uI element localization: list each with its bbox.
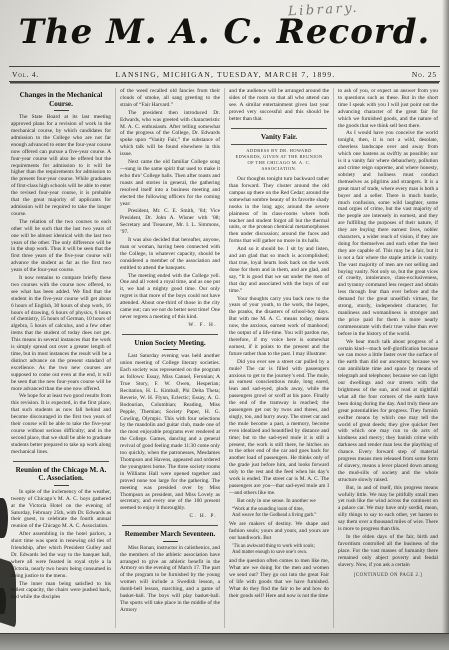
column-4: to ask of you, or expect an answer from …: [333, 88, 442, 628]
article-paragraph: But only in one sense. In another we: [229, 498, 329, 505]
article-paragraph: Your thoughts carry you back now to the …: [229, 296, 329, 358]
article-paragraph: In the olden days of the fair, birth and…: [338, 534, 438, 569]
verse-quote: ’Tis an awkward thing to work with souls…: [232, 544, 329, 556]
article-paragraph: We hear much talk about progress of a ce…: [338, 339, 438, 484]
continued-note: [CONTINUED ON PAGE 2.]: [338, 573, 438, 580]
article-paragraph: to ask of you, or expect an answer from …: [338, 88, 438, 129]
article-paragraph: But, in and of itself, this progress mea…: [338, 485, 438, 533]
heading-divider: [163, 349, 178, 350]
dateline-text: LANSING, MICHIGAN, TUESDAY, MARCH 7, 189…: [116, 70, 336, 79]
article-paragraph: The meeting ended with the College yell.…: [120, 273, 220, 321]
article-paragraph: and the question often comes to men like…: [229, 558, 329, 599]
article-paragraph: Did you ever see a street car pulled by …: [229, 359, 329, 497]
article-paragraph: The president then introduced Dr. Edward…: [120, 110, 220, 158]
dateline-bar: Vol. 4. LANSING, MICHIGAN, TUESDAY, MARC…: [9, 66, 440, 82]
article-paragraph: As I would have you conceive the world t…: [338, 130, 438, 337]
heading-divider: [54, 485, 69, 486]
heading-divider: [163, 541, 178, 542]
article-paragraph: Our thoughts tonight turn backward rathe…: [229, 176, 329, 245]
article-paragraph: We hope for at least two good results fr…: [11, 393, 111, 455]
volume-label: Vol. 4.: [12, 70, 39, 79]
scan-corner-shadow: [0, 556, 16, 627]
newspaper-page: Library. The M. A. C. Record. Vol. 4. LA…: [0, 0, 449, 634]
article-paragraph: Last Saturday evening was held another u…: [120, 353, 220, 512]
column-3: and the audience will be arranged around…: [224, 88, 333, 628]
newspaper-title: The M. A. C. Record.: [0, 12, 449, 52]
article-paragraph: The inner man being satisfied to his ful…: [11, 581, 111, 602]
article-subcaption: ADDRESS BY DR. HOWARD EDWARDS, GIVEN AT …: [234, 148, 324, 172]
article-paragraph: and the audience will be arranged around…: [229, 88, 329, 123]
article-paragraph: The relation of the two courses to each …: [11, 219, 111, 274]
article-heading: Vanity Fair.: [231, 128, 327, 146]
author-initials: C. H. P.: [120, 513, 217, 520]
article-paragraph: We are makers of destiny. We shape and f…: [229, 521, 329, 542]
verse-quote: “Work at the sounding loom of time, And …: [232, 507, 329, 519]
article-paragraph: In spite of the inclemency of the weathe…: [11, 489, 111, 530]
columns: Changes in the Mechanical Course.The Sta…: [7, 88, 442, 628]
column-1: Changes in the Mechanical Course.The Sta…: [7, 88, 115, 628]
issue-number-label: No. 25: [412, 70, 437, 79]
article-heading: Union Society Meeting.: [122, 334, 218, 348]
article-heading: Changes in the Mechanical Course.: [13, 91, 109, 108]
article-paragraph: President, Mr. C. E. Smith, ’84; Vice Pr…: [120, 208, 220, 236]
article-paragraph: After assembling in the hotel parlors, a…: [11, 531, 111, 579]
article-heading: Remember March Seventeen.: [122, 525, 218, 539]
scan-bed-strip: [0, 633, 449, 650]
article-paragraph: And so it should be. I sit by and listen…: [229, 246, 329, 294]
scan-right-shadow: [442, 0, 449, 634]
heading-divider: [54, 110, 69, 111]
column-2: of the weed recalled old fancies from th…: [115, 88, 224, 628]
article-paragraph: Next came the old familiar College song—…: [120, 159, 220, 207]
article-heading: Reunion of the Chicago M. A. C. Associat…: [13, 461, 109, 483]
article-paragraph: The State Board at its last meeting appr…: [11, 114, 111, 218]
article-paragraph: of the weed recalled old fancies from th…: [120, 88, 220, 109]
article-paragraph: It was also decided that hereafter, anyo…: [120, 237, 220, 272]
author-initials: W. F. H.: [120, 322, 217, 329]
article-paragraph: It now remains to compare briefly these …: [11, 275, 111, 392]
article-paragraph: Miss Ronan, instructor in calisthenics, …: [120, 545, 220, 614]
